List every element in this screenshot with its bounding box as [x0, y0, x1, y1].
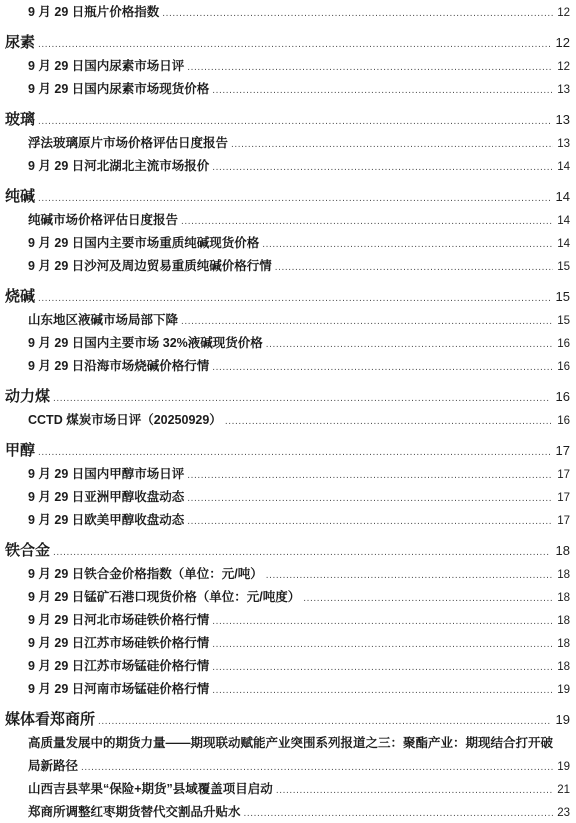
toc-entry[interactable]: 9 月 29 日沙河及周边贸易重质纯碱价格行情15 [5, 255, 570, 278]
page-number: 18 [555, 564, 570, 587]
dot-leader [212, 356, 553, 379]
dot-leader [53, 387, 550, 410]
dot-leader [187, 56, 553, 79]
dot-leader [231, 133, 553, 156]
page-number: 16 [555, 410, 570, 433]
page-number: 12 [555, 2, 570, 25]
page-number: 15 [552, 285, 570, 308]
dot-leader [181, 210, 553, 233]
page-number: 14 [555, 210, 570, 233]
toc-entry[interactable]: 9 月 29 日国内主要市场 32%液碱现货价格16 [5, 332, 570, 355]
page-number: 14 [555, 156, 570, 179]
page-number: 17 [555, 487, 570, 510]
page-number: 12 [555, 56, 570, 79]
toc-section-heading[interactable]: 玻璃13 [5, 108, 570, 131]
toc-entry-title: 山东地区液碱市场局部下降 [28, 309, 178, 332]
toc-entry-title: 浮法玻璃原片市场价格评估日度报告 [28, 132, 228, 155]
toc-entry-title: 9 月 29 日亚洲甲醇收盘动态 [28, 486, 184, 509]
page-number: 19 [555, 679, 570, 702]
dot-leader [187, 510, 553, 533]
page-number: 14 [555, 233, 570, 256]
toc-entry[interactable]: 9 月 29 日江苏市场锰硅价格行情18 [5, 655, 570, 678]
toc-entry-title: 9 月 29 日锰矿石港口现货价格（单位：元/吨度） [28, 586, 300, 609]
toc-entry-title: 9 月 29 日瓶片价格指数 [28, 1, 159, 24]
toc-entry[interactable]: 郑商所调整红枣期货替代交割品升贴水23 [5, 801, 570, 823]
toc-entry-title: 纯碱市场价格评估日度报告 [28, 209, 178, 232]
toc-entry-title-line2: 局新路径 [28, 755, 78, 778]
page-number: 16 [555, 333, 570, 356]
dot-leader [303, 587, 553, 610]
dot-leader [162, 2, 553, 25]
toc-section-heading[interactable]: 媒体看郑商所19 [5, 708, 570, 731]
toc-entry-title: 9 月 29 日国内主要市场重质纯碱现货价格 [28, 232, 259, 255]
toc-section-heading[interactable]: 甲醇17 [5, 439, 570, 462]
dot-leader [262, 233, 553, 256]
toc-entry-title: 9 月 29 日沿海市场烧碱价格行情 [28, 355, 209, 378]
toc-entry[interactable]: 9 月 29 日国内主要市场重质纯碱现货价格14 [5, 232, 570, 255]
dot-leader [38, 187, 550, 210]
dot-leader [275, 256, 553, 279]
toc-section-heading[interactable]: 烧碱15 [5, 285, 570, 308]
toc-entry[interactable]: 9 月 29 日河北市场硅铁价格行情18 [5, 609, 570, 632]
toc-entry[interactable]: 山东地区液碱市场局部下降15 [5, 309, 570, 332]
page-number: 16 [555, 356, 570, 379]
toc-entry-title: 9 月 29 日沙河及周边贸易重质纯碱价格行情 [28, 255, 272, 278]
dot-leader [212, 156, 553, 179]
toc-entry[interactable]: 9 月 29 日亚洲甲醇收盘动态17 [5, 486, 570, 509]
toc-section-heading[interactable]: 尿素12 [5, 31, 570, 54]
toc-entry[interactable]: 9 月 29 日国内尿素市场日评12 [5, 55, 570, 78]
toc-entry-title: 9 月 29 日国内尿素市场现货价格 [28, 78, 209, 101]
page-number: 13 [552, 108, 570, 131]
toc-heading-title: 尿素 [5, 31, 35, 54]
toc-entry[interactable]: 9 月 29 日江苏市场硅铁价格行情18 [5, 632, 570, 655]
dot-leader [276, 779, 553, 802]
toc-entry[interactable]: 山西吉县苹果“保险+期货”县域覆盖项目启动21 [5, 778, 570, 801]
page-number: 13 [555, 133, 570, 156]
page-number: 21 [555, 779, 570, 802]
page-number: 15 [555, 256, 570, 279]
dot-leader [212, 633, 553, 656]
toc-section-heading[interactable]: 铁合金18 [5, 539, 570, 562]
toc-page: 9 月 29 日瓶片价格指数12 尿素12 9 月 29 日国内尿素市场日评12… [0, 0, 576, 823]
toc-entry-title: 9 月 29 日河南市场锰硅价格行情 [28, 678, 209, 701]
toc-heading-title: 媒体看郑商所 [5, 708, 95, 731]
toc-entry[interactable]: 9 月 29 日沿海市场烧碱价格行情16 [5, 355, 570, 378]
toc-entry-title: 山西吉县苹果“保险+期货”县域覆盖项目启动 [28, 778, 273, 801]
toc-entry-title: 9 月 29 日国内甲醇市场日评 [28, 463, 184, 486]
page-number: 12 [552, 31, 570, 54]
dot-leader [212, 656, 553, 679]
page-number: 18 [555, 610, 570, 633]
toc-entry-title: 9 月 29 日江苏市场硅铁价格行情 [28, 632, 209, 655]
toc-entry-title: 9 月 29 日国内主要市场 32%液碱现货价格 [28, 332, 263, 355]
dot-leader [38, 110, 550, 133]
toc-heading-title: 玻璃 [5, 108, 35, 131]
dot-leader [53, 541, 550, 564]
dot-leader [212, 79, 553, 102]
page-number: 18 [552, 539, 570, 562]
dot-leader [38, 287, 550, 310]
page-number: 17 [555, 464, 570, 487]
toc-entry-title: CCTD 煤炭市场日评（20250929） [28, 409, 222, 432]
toc-entry[interactable]: 9 月 29 日河北湖北主流市场报价14 [5, 155, 570, 178]
toc-entry[interactable]: 9 月 29 日国内尿素市场现货价格13 [5, 78, 570, 101]
page-number: 18 [555, 587, 570, 610]
toc-entry-title-line1: 高质量发展中的期货力量——期现联动赋能产业突围系列报道之三：聚酯产业：期现结合打… [28, 732, 570, 755]
toc-heading-title: 甲醇 [5, 439, 35, 462]
dot-leader [98, 710, 550, 733]
toc-entry-title: 郑商所调整红枣期货替代交割品升贴水 [28, 801, 241, 823]
page-number: 18 [555, 633, 570, 656]
page-number: 15 [555, 310, 570, 333]
toc-entry[interactable]: 9 月 29 日河南市场锰硅价格行情19 [5, 678, 570, 701]
toc-entry[interactable]: CCTD 煤炭市场日评（20250929）16 [5, 409, 570, 432]
page-number: 14 [552, 185, 570, 208]
dot-leader [212, 610, 553, 633]
toc-entry-title: 9 月 29 日欧美甲醇收盘动态 [28, 509, 184, 532]
page-number: 19 [552, 708, 570, 731]
toc-entry-title: 9 月 29 日河北市场硅铁价格行情 [28, 609, 209, 632]
dot-leader [244, 802, 553, 823]
dot-leader [187, 487, 553, 510]
toc-entry[interactable]: 9 月 29 日国内甲醇市场日评17 [5, 463, 570, 486]
dot-leader [225, 410, 553, 433]
toc-entry-title: 9 月 29 日江苏市场锰硅价格行情 [28, 655, 209, 678]
dot-leader [266, 333, 553, 356]
toc-entry-title: 9 月 29 日国内尿素市场日评 [28, 55, 184, 78]
toc-entry-title: 9 月 29 日铁合金价格指数（单位：元/吨） [28, 563, 263, 586]
dot-leader [81, 756, 553, 779]
toc-entry[interactable]: 9 月 29 日锰矿石港口现货价格（单位：元/吨度）18 [5, 586, 570, 609]
toc-entry[interactable]: 纯碱市场价格评估日度报告14 [5, 209, 570, 232]
toc-heading-title: 动力煤 [5, 385, 50, 408]
page-number: 17 [552, 439, 570, 462]
toc-entry[interactable]: 9 月 29 日欧美甲醇收盘动态17 [5, 509, 570, 532]
toc-entry[interactable]: 高质量发展中的期货力量——期现联动赋能产业突围系列报道之三：聚酯产业：期现结合打… [5, 732, 570, 778]
page-number: 19 [555, 756, 570, 779]
page-number: 13 [555, 79, 570, 102]
toc-section-heading[interactable]: 动力煤16 [5, 385, 570, 408]
toc-section-heading[interactable]: 纯碱14 [5, 185, 570, 208]
toc-heading-title: 纯碱 [5, 185, 35, 208]
dot-leader [266, 564, 553, 587]
toc-heading-title: 烧碱 [5, 285, 35, 308]
page-number: 23 [555, 802, 570, 823]
page-number: 18 [555, 656, 570, 679]
dot-leader [212, 679, 553, 702]
dot-leader [38, 33, 550, 56]
page-number: 17 [555, 510, 570, 533]
toc-heading-title: 铁合金 [5, 539, 50, 562]
page-number: 16 [552, 385, 570, 408]
toc-entry[interactable]: 9 月 29 日铁合金价格指数（单位：元/吨）18 [5, 563, 570, 586]
dot-leader [181, 310, 553, 333]
toc-entry[interactable]: 9 月 29 日瓶片价格指数12 [5, 1, 570, 24]
dot-leader [38, 441, 550, 464]
dot-leader [187, 464, 553, 487]
toc-entry[interactable]: 浮法玻璃原片市场价格评估日度报告13 [5, 132, 570, 155]
toc-entry-title: 9 月 29 日河北湖北主流市场报价 [28, 155, 209, 178]
